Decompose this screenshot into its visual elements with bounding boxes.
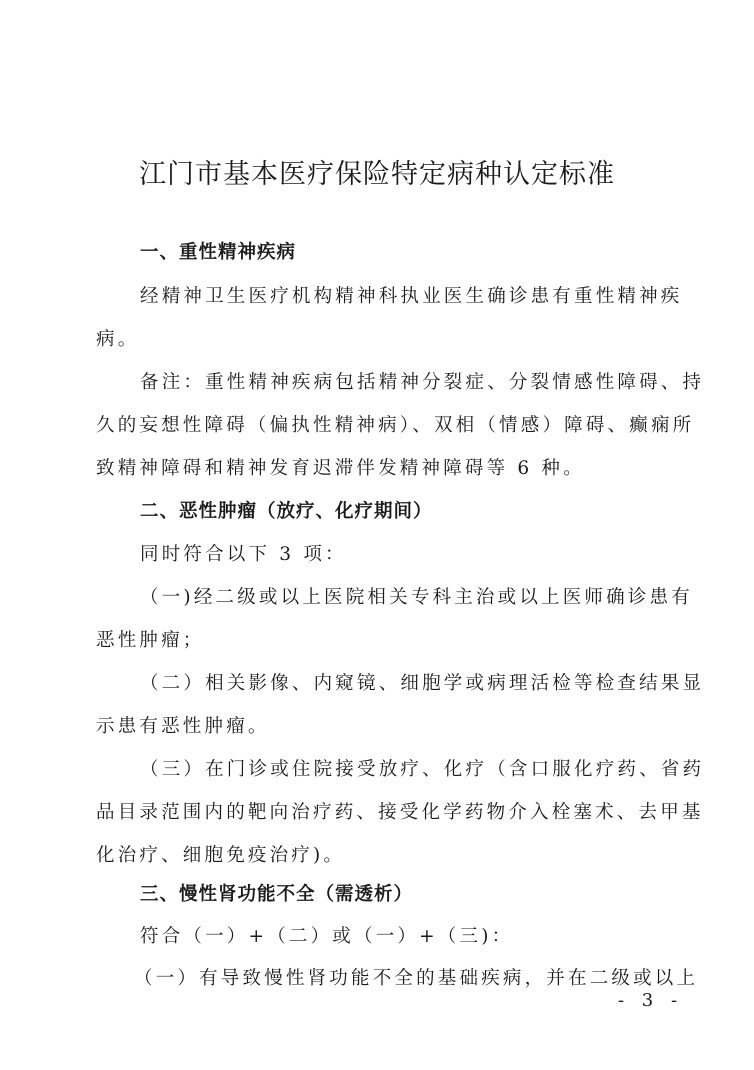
paragraph-line: 致精神障碍和精神发育迟滞伴发精神障碍等 6 种。 — [96, 454, 585, 480]
paragraph-line: 符合（一）+（二）或（一）+（三)： — [140, 922, 513, 948]
section-heading: 二、恶性肿瘤（放疗、化疗期间） — [140, 497, 433, 523]
paragraph-line: （一）有导致慢性肾功能不全的基础疾病，并在二级或以上 — [134, 964, 698, 990]
paragraph-line: 同时符合以下 3 项： — [140, 540, 347, 566]
paragraph-line: 化治疗、细胞免疫治疗)。 — [96, 841, 345, 867]
paragraph-line: 经精神卫生医疗机构精神科执业医生确诊患有重性精神疾 — [140, 282, 683, 308]
paragraph-line: 久的妄想性障碍（偏执性精神病）、双相（情感）障碍、癫痫所 — [96, 411, 694, 437]
paragraph-line: （一)经二级或以上医院相关专科主治或以上医师确诊患有 — [140, 583, 693, 609]
paragraph-line: 恶性肿瘤； — [96, 626, 205, 652]
paragraph-line: （三）在门诊或住院接受放疗、化疗（含口服化疗药、省药 — [140, 755, 704, 781]
document-title: 江门市基本医疗保险特定病种认定标准 — [0, 152, 754, 191]
paragraph-line: 品目录范围内的靶向治疗药、接受化学药物介入栓塞术、去甲基 — [96, 798, 704, 824]
paragraph-line: 病。 — [96, 325, 139, 351]
paragraph-line: （二）相关影像、内窥镜、细胞学或病理活检等检查结果显 — [140, 669, 704, 695]
paragraph-line: 示患有恶性肿瘤。 — [96, 712, 270, 738]
paragraph-line: 备注：重性精神疾病包括精神分裂症、分裂情感性障碍、持 — [140, 368, 704, 394]
page-number: - 3 - — [618, 990, 683, 1011]
section-heading: 一、重性精神疾病 — [140, 238, 296, 264]
section-heading: 三、慢性肾功能不全（需透析） — [140, 880, 413, 906]
